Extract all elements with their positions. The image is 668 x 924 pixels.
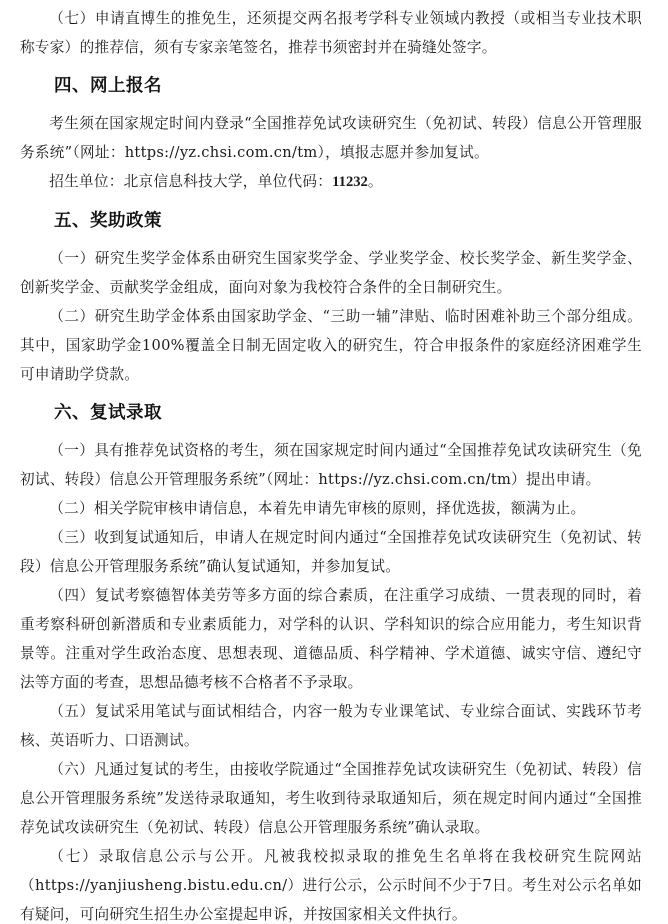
institution-suffix: 。 (368, 173, 383, 190)
paragraph-admission-item-4: （四）复试考察德智体美劳等多方面的综合素质，在注重学习成绩、一贯表现的同时，着重… (20, 581, 642, 697)
paragraph-admission-item-2: （二）相关学院审核申请信息，本着先申请先审核的原则，择优选拔，额满为止。 (20, 494, 642, 523)
paragraph-direct-phd-recommendation: （七）申请直博生的推免生，还须提交两名报考学科专业领域内教授（或相当专业技术职称… (20, 0, 642, 62)
paragraph-institution-code: 招生单位：北京信息科技大学，单位代码：11232。 (20, 167, 642, 197)
paragraph-admission-item-7: （七）录取信息公示与公开。凡被我校拟录取的推免生名单将在我校研究生院网站（htt… (20, 842, 642, 924)
paragraph-admission-item-1: （一）具有推荐免试资格的考生，须在国家规定时间内通过“全国推荐免试攻读研究生（免… (20, 436, 642, 494)
paragraph-admission-item-6: （六）凡通过复试的考生，由接收学院通过“全国推荐免试攻读研究生（免初试、转段）信… (20, 755, 642, 842)
paragraph-admission-item-5: （五）复试采用笔试与面试相结合，内容一般为专业课笔试、专业综合面试、实践环节考核… (20, 697, 642, 755)
section-heading-scholarship-policy: 五、奖助政策 (20, 210, 642, 232)
institution-code: 11232 (332, 174, 368, 190)
paragraph-admission-item-3: （三）收到复试通知后，申请人在规定时间内通过“全国推荐免试攻读研究生（免初试、转… (20, 523, 642, 581)
section-heading-reexam-admission: 六、复试录取 (20, 402, 642, 424)
paragraph-registration-system: 考生须在国家规定时间内登录“全国推荐免试攻读研究生（免初试、转段）信息公开管理服… (20, 109, 642, 167)
institution-label: 招生单位：北京信息科技大学，单位代码： (49, 173, 332, 190)
section-heading-online-registration: 四、网上报名 (20, 75, 642, 97)
paragraph-scholarship-system: （一）研究生奖学金体系由研究生国家奖学金、学业奖学金、校长奖学金、新生奖学金、创… (20, 244, 642, 302)
paragraph-grant-system: （二）研究生助学金体系由国家助学金、“三助一辅”津贴、临时困难补助三个部分组成。… (20, 302, 642, 389)
document-page: （七）申请直博生的推免生，还须提交两名报考学科专业领域内教授（或相当专业技术职称… (0, 0, 668, 924)
